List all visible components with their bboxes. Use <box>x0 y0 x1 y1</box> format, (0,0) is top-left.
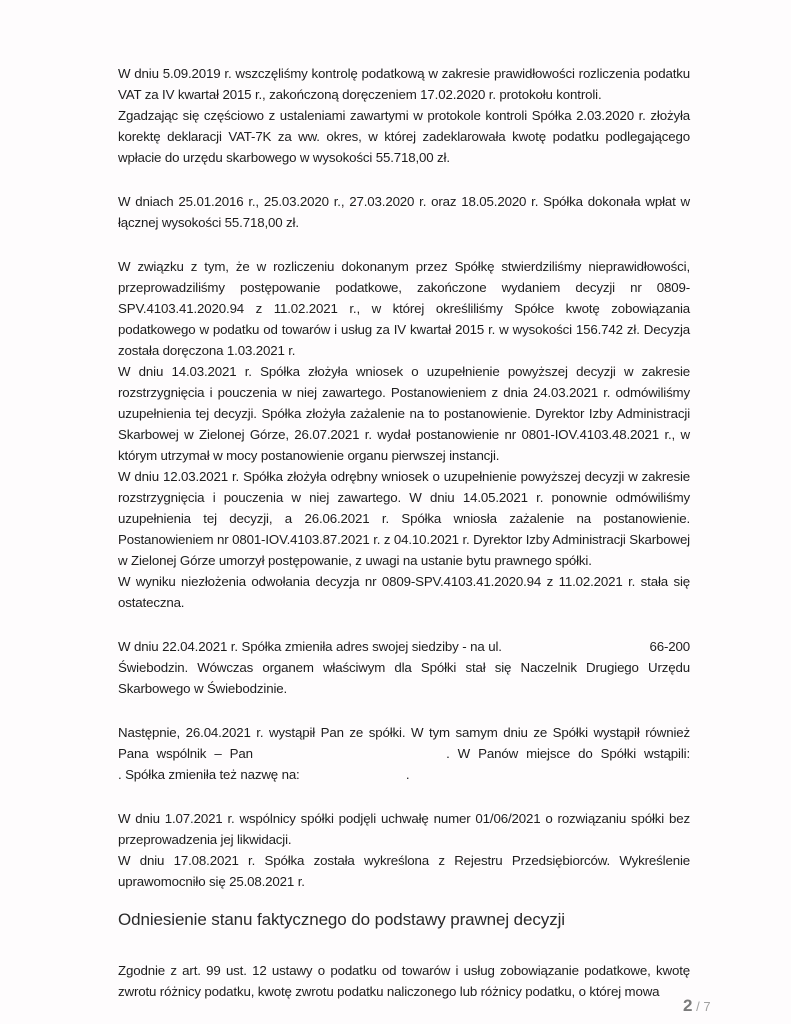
paragraph-deregistration: W dniu 17.08.2021 r. Spółka została wykr… <box>118 850 690 892</box>
page-number: 2 / 7 <box>683 996 711 1016</box>
document-page: W dniu 5.09.2019 r. wszczęliśmy kontrolę… <box>118 63 690 1002</box>
paragraph-first-motion: W dniu 14.03.2021 r. Spółka złożyła wnio… <box>118 361 690 466</box>
paragraph-payments: W dniach 25.01.2016 r., 25.03.2020 r., 2… <box>118 191 690 233</box>
section-heading: Odniesienie stanu faktycznego do podstaw… <box>118 910 690 930</box>
spacer <box>118 785 690 808</box>
paragraph-dissolution: W dniu 1.07.2021 r. wspólnicy spółki pod… <box>118 808 690 850</box>
paragraph-legal-basis: Zgodnie z art. 99 ust. 12 ustawy o podat… <box>118 960 690 1002</box>
spacer <box>118 168 690 191</box>
paragraph-decision-final: W wyniku niezłożenia odwołania decyzja n… <box>118 571 690 613</box>
spacer <box>118 613 690 636</box>
page-number-total: 7 <box>703 999 710 1014</box>
paragraph-address-change: W dniu 22.04.2021 r. Spółka zmieniła adr… <box>118 636 690 699</box>
spacer <box>118 233 690 256</box>
paragraph-audit-start: W dniu 5.09.2019 r. wszczęliśmy kontrolę… <box>118 63 690 105</box>
paragraph-vat-correction: Zgadzając się częściowo z ustaleniami za… <box>118 105 690 168</box>
paragraph-tax-proceedings: W związku z tym, że w rozliczeniu dokona… <box>118 256 690 361</box>
spacer <box>118 699 690 722</box>
paragraph-second-motion: W dniu 12.03.2021 r. Spółka złożyła odrę… <box>118 466 690 571</box>
paragraph-partner-change: Następnie, 26.04.2021 r. wystąpił Pan ze… <box>118 722 690 785</box>
page-number-separator: / <box>692 999 703 1014</box>
